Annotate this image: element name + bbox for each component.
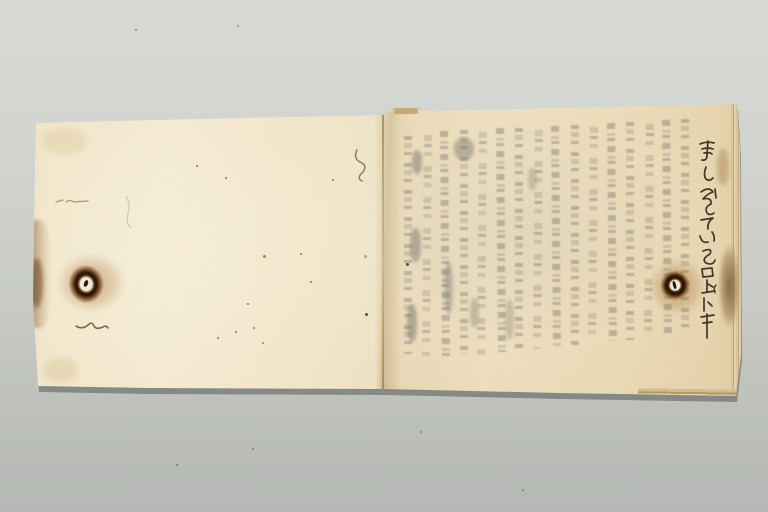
paper-speck (262, 342, 264, 344)
dust-speck (135, 29, 137, 31)
dust-speck (420, 431, 422, 433)
dust-speck (522, 489, 524, 491)
paper-speck (235, 331, 237, 333)
paper-speck (300, 253, 302, 255)
dust-speck (252, 448, 254, 450)
paper-speck (217, 337, 219, 339)
scorched-edge-left-core (30, 258, 43, 308)
scorched-edge-right-upper (717, 148, 729, 186)
paper-speck (263, 255, 266, 258)
paper-speck (406, 263, 409, 266)
paper-speck (310, 281, 312, 283)
dust-speck (176, 464, 178, 466)
paper-speck (364, 255, 367, 258)
paper-speck (196, 165, 198, 167)
photo-backdrop (0, 0, 768, 512)
paper-speck (225, 177, 227, 179)
manuscript-book (0, 0, 768, 512)
scorched-edge-right (716, 234, 738, 338)
paper-speck (253, 327, 255, 329)
paper-speck (247, 303, 249, 305)
dust-speck (237, 25, 239, 27)
paper-speck (332, 179, 334, 181)
paper-speck (365, 313, 368, 316)
